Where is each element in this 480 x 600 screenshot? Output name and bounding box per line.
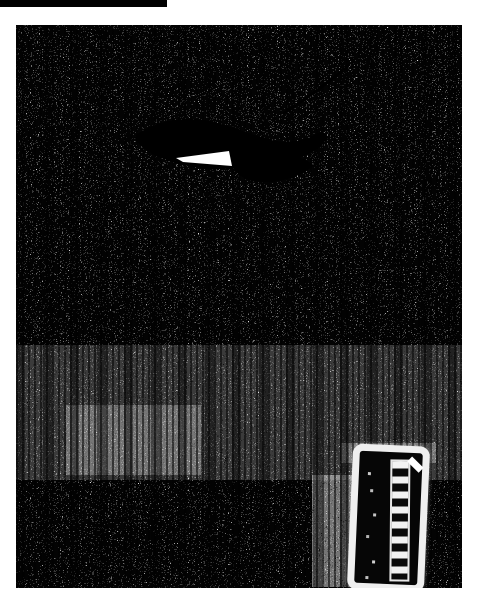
scale-card	[347, 443, 430, 588]
watermark-bar: Converted by Tiff Combine - (no stamps a…	[0, 0, 167, 7]
scale-card-label-marks	[368, 472, 371, 475]
scale-bar-stripes	[391, 461, 408, 579]
scratch-line	[284, 65, 349, 113]
scanned-page: Converted by Tiff Combine - (no stamps a…	[0, 0, 480, 600]
halftone-photo	[16, 25, 462, 588]
